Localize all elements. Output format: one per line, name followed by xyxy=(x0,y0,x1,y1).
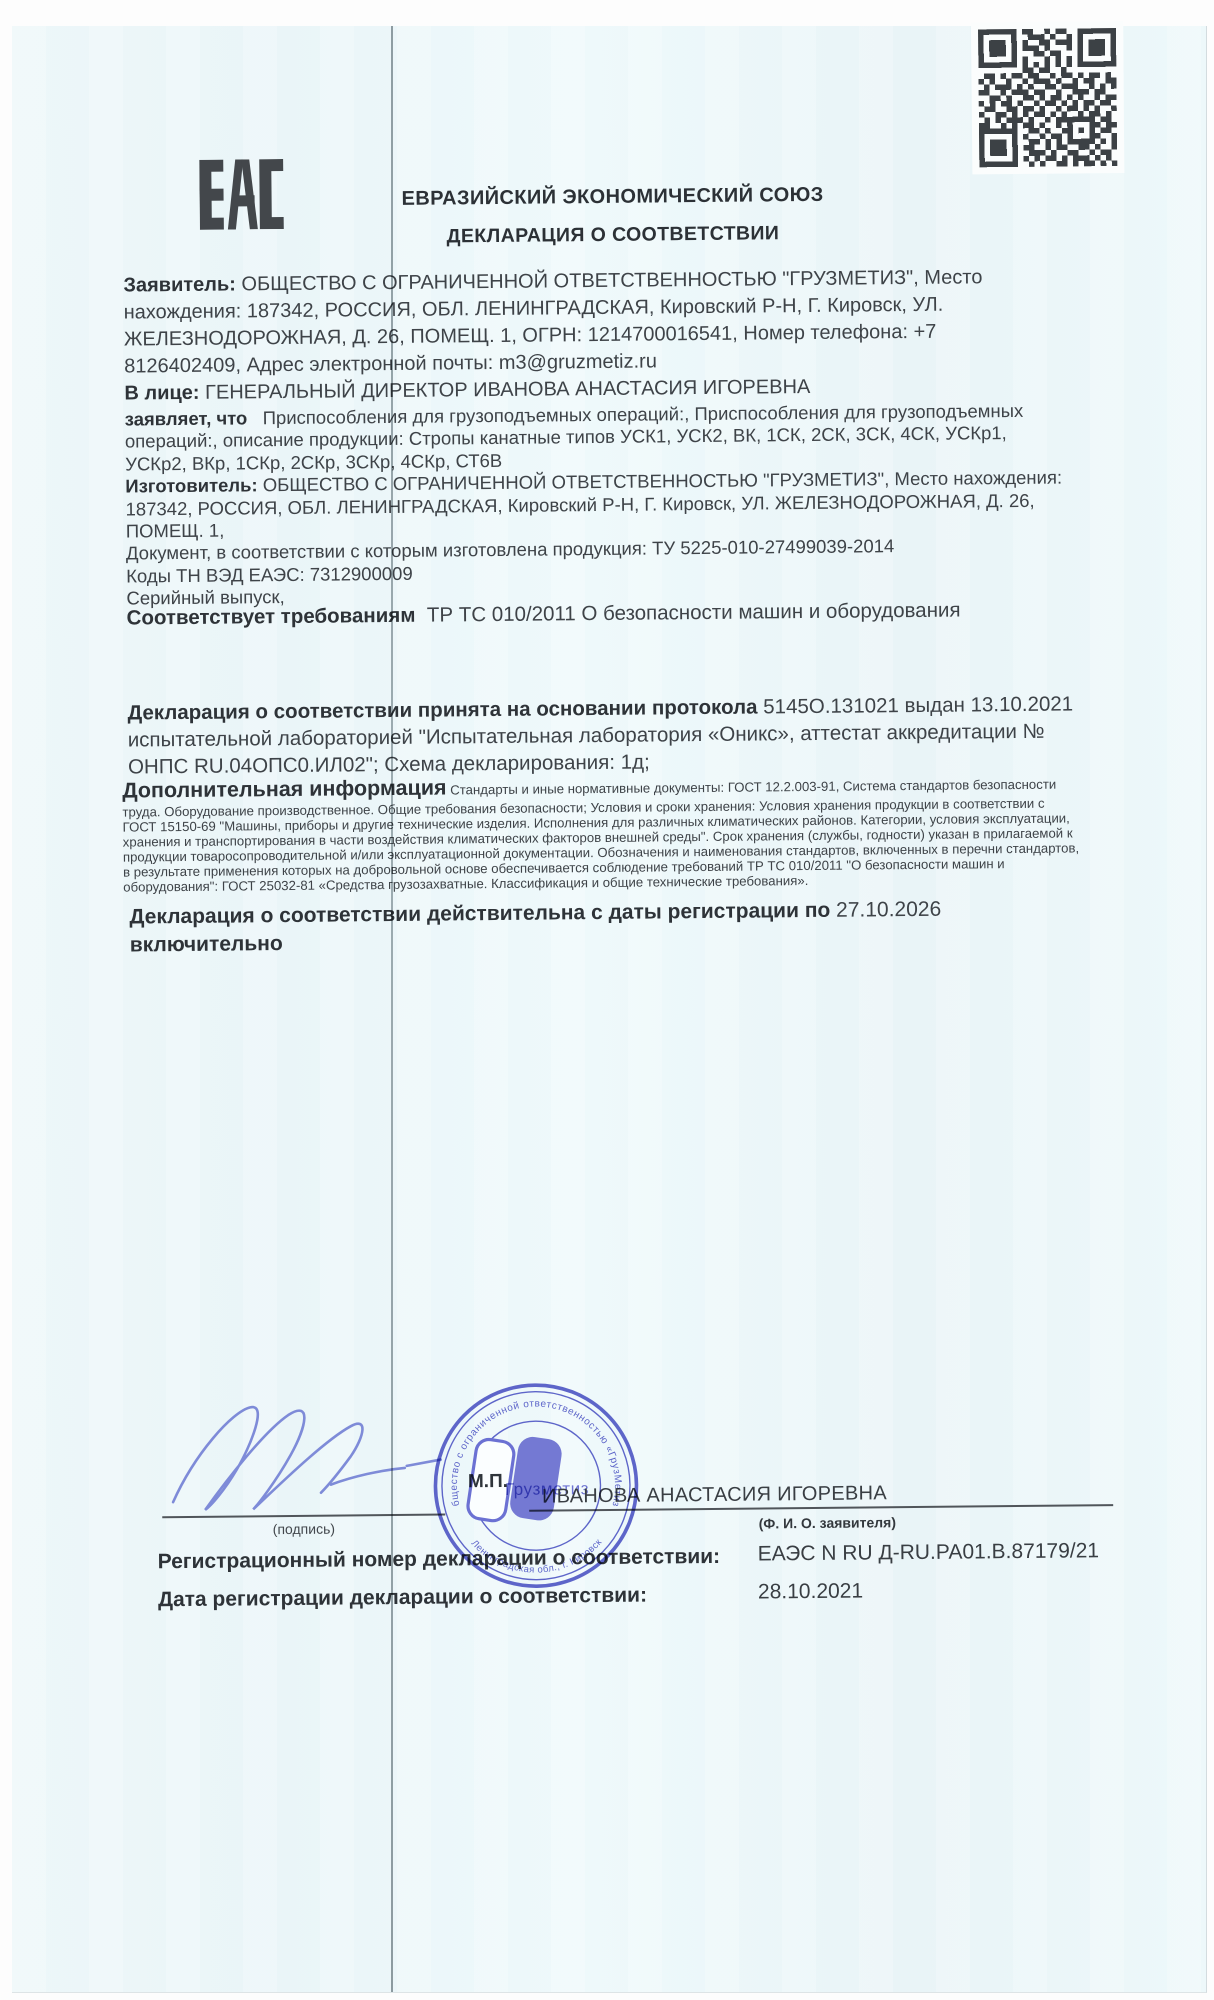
scanned-declaration-document: { "colors": {"stamp_blue":"#5d65c9","log… xyxy=(0,0,1214,2000)
additional-info-block: труда. Оборудование производственное. Об… xyxy=(122,796,1079,895)
product-manufacturer-block: заявляет, что Приспособления для грузопо… xyxy=(125,400,1064,611)
qr-code xyxy=(971,21,1124,174)
additional-info-label: Дополнительная информация xyxy=(122,775,446,802)
qr-code-pattern xyxy=(978,28,1117,167)
basis-protocol-block: Декларация о соответствии принята на осн… xyxy=(127,690,1073,780)
stamp-logo-outline-shape xyxy=(466,1438,515,1523)
registration-number-value: ЕАЭС N RU Д-RU.РА01.В.87179/21 xyxy=(758,1539,1100,1566)
stamp-logo-solid-shape xyxy=(508,1435,564,1523)
scan-fold-line xyxy=(391,26,393,1992)
company-round-stamp: Общество с ограниченной ответственностью… xyxy=(427,1377,645,1595)
registration-date-value: 28.10.2021 xyxy=(758,1580,863,1605)
document-content: ЕВРАЗИЙСКИЙ ЭКОНОМИЧЕСКИЙ СОЮЗ ДЕКЛАРАЦИ… xyxy=(0,0,1214,2000)
additional-info-first-text: Стандарты и иные нормативные документы: … xyxy=(446,777,1056,798)
fio-caption: (Ф. И. О. заявителя) xyxy=(707,1514,947,1532)
applicant-block: Заявитель: ОБЩЕСТВО С ОГРАНИЧЕННОЙ ОТВЕТ… xyxy=(123,264,983,407)
validity-block: Декларация о соответствии действительна … xyxy=(129,896,941,960)
